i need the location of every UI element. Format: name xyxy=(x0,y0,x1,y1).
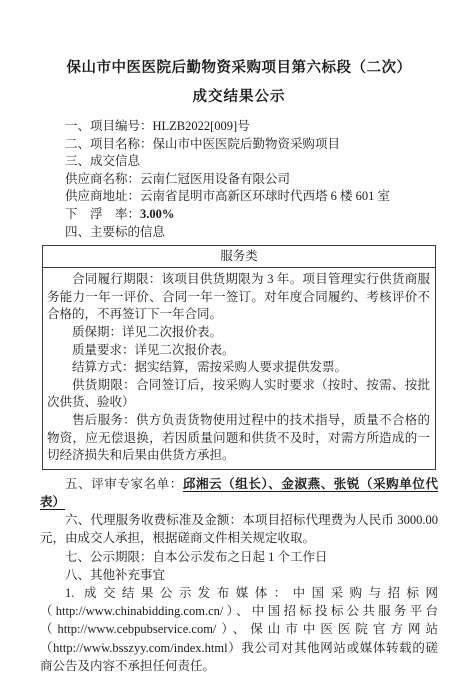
doc-title: 保山市中医医院后勤物资采购项目第六标段（二次） xyxy=(40,58,438,78)
main-bid-table: 服务类 合同履行期限：该项目供货期限为 3 年。项目管理实行供货商服务能力一年一… xyxy=(42,245,436,470)
line-section4: 四、主要标的信息 xyxy=(40,224,438,242)
expert-list-label: 五、评审专家名单： xyxy=(65,477,183,491)
line-section5-experts: 五、评审专家名单：邱湘云（组长）、金淑燕、张锐（采购单位代表） xyxy=(40,475,438,511)
discount-rate-value: 3.00% xyxy=(140,207,174,221)
document-page: 保山市中医医院后勤物资采购项目第六标段（二次） 成交结果公示 一、项目编号：HL… xyxy=(0,0,476,688)
table-paragraph-quality: 质量要求：详见二次报价表。 xyxy=(47,342,430,360)
line-discount-rate: 下 浮 率：3.00% xyxy=(40,206,438,224)
table-header-service-class: 服务类 xyxy=(43,246,435,268)
line-supplier-name: 供应商名称：云南仁冠医用设备有限公司 xyxy=(40,171,438,189)
table-paragraph-warranty: 质保期：详见二次报价表。 xyxy=(47,324,430,342)
discount-rate-label: 下 浮 率： xyxy=(65,207,140,221)
line-project-number: 一、项目编号：HLZB2022[009]号 xyxy=(40,118,438,136)
line-supplier-address: 供应商地址：云南省昆明市高新区环球时代西塔 6 楼 601 室 xyxy=(40,188,438,206)
lower-sections: 五、评审专家名单：邱湘云（组长）、金淑燕、张锐（采购单位代表） 六、代理服务收费… xyxy=(40,475,438,675)
table-paragraph-contract-term: 合同履行期限：该项目供货期限为 3 年。项目管理实行供货商服务能力一年一评价、合… xyxy=(47,271,430,324)
scan-speck xyxy=(102,643,104,645)
line-section8-other: 八、其他补充事宜 xyxy=(40,566,438,584)
line-section7-publicity-period: 七、公示期限：自本公示发布之日起 1 个工作日 xyxy=(40,548,438,566)
table-body: 合同履行期限：该项目供货期限为 3 年。项目管理实行供货商服务能力一年一评价、合… xyxy=(43,268,435,469)
table-paragraph-after-sales: 售后服务：供方负责货物使用过程中的技术指导，质量不合格的物资，应无偿退换，若因质… xyxy=(47,412,430,465)
document-content: 保山市中医医院后勤物资采购项目第六标段（二次） 成交结果公示 一、项目编号：HL… xyxy=(0,0,476,675)
table-paragraph-settlement: 结算方式：据实结算，需按采购人要求提供发票。 xyxy=(47,359,430,377)
line-media-paragraph: 1. 成交结果公示发布媒体：中国采购与招标网（http://www.chinab… xyxy=(40,584,438,675)
line-deal-info: 三、成交信息 xyxy=(40,153,438,171)
line-section6-agency-fee: 六、代理服务收费标准及金额：本项目招标代理费为人民币 3000.00 元，由成交… xyxy=(40,511,438,547)
table-paragraph-supply-term: 供货期限：合同签订后，按采购人实时要求（按时、按需、按批次供货、验收） xyxy=(47,377,430,412)
doc-subtitle: 成交结果公示 xyxy=(40,87,438,107)
line-project-name: 二、项目名称：保山市中医医院后勤物资采购项目 xyxy=(40,136,438,154)
